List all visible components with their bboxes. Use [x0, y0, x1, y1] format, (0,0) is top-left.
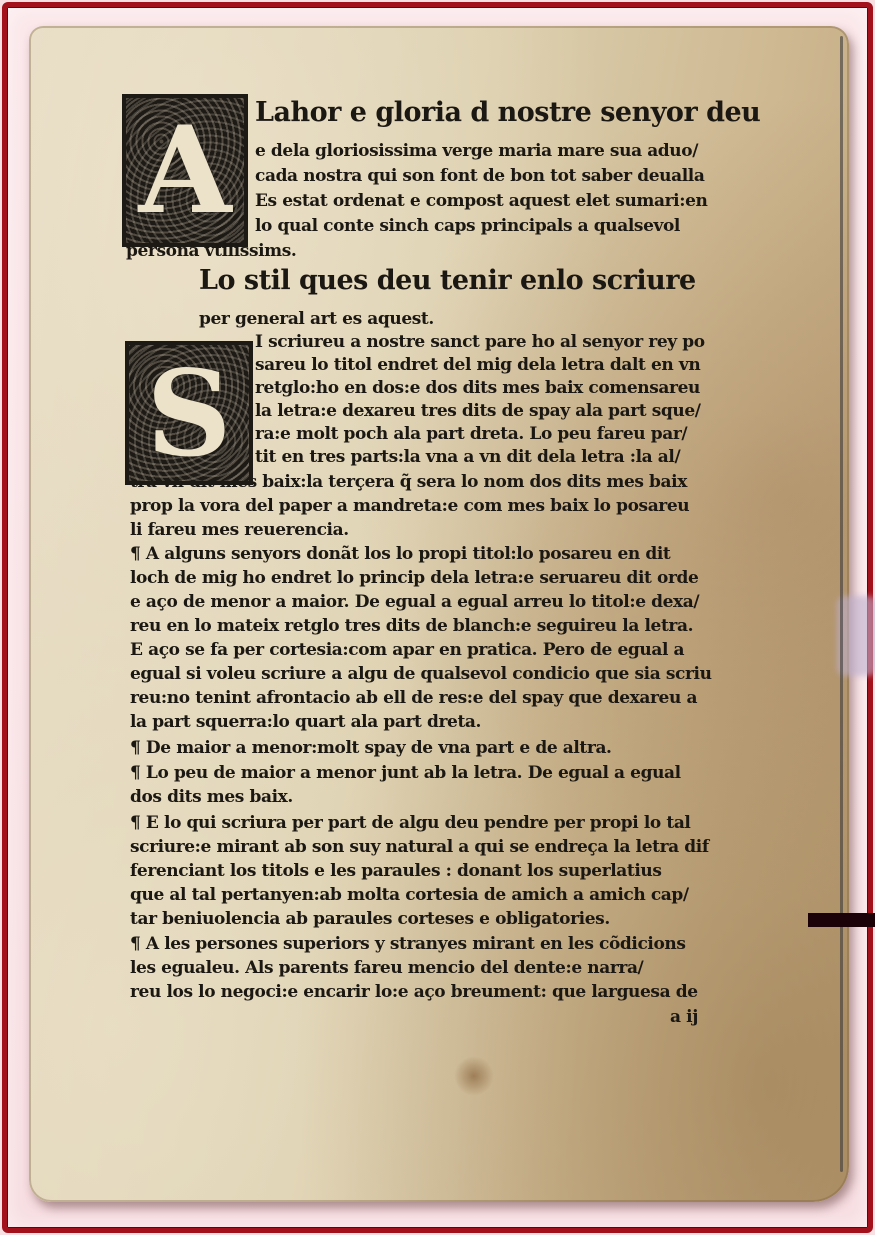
redaction-bar — [808, 913, 875, 927]
body-line: dos dits mes baix. — [130, 787, 293, 807]
body-line: e aço de menor a maior. De egual a egual… — [130, 592, 699, 612]
stain-mark — [454, 1056, 494, 1096]
body-line: prop la vora del paper a mandreta:e com … — [130, 496, 689, 516]
intro-line: e dela gloriosissima verge maria mare su… — [255, 141, 698, 161]
body-line: reu:no tenint afrontacio ab ell de res:e… — [130, 688, 697, 708]
heading-line: Lahor e gloria d nostre senyor deu — [255, 98, 760, 128]
section-subtitle: per general art es aquest. — [199, 309, 434, 329]
body-line: la part squerra:lo quart ala part dreta. — [130, 712, 481, 732]
body-line: tit en tres parts:la vna a vn dit dela l… — [255, 447, 680, 467]
body-line: ¶ De maior a menor:molt spay de vna part… — [130, 738, 612, 758]
body-line: loch de mig ho endret lo princip dela le… — [130, 568, 698, 588]
decorated-initial-a: A — [123, 95, 247, 246]
decorated-initial-s: S — [126, 342, 252, 484]
body-line: que al tal pertanyen:ab molta cortesia d… — [130, 885, 689, 905]
body-line: scriure:e mirant ab son suy natural a qu… — [130, 837, 709, 857]
body-line: tar beniuolencia ab paraules corteses e … — [130, 909, 610, 929]
body-line: ¶ E lo qui scriura per part de algu deu … — [130, 813, 691, 833]
body-line: I scriureu a nostre sanct pare ho al sen… — [255, 332, 705, 352]
body-line: reu en lo mateix retglo tres dits de bla… — [130, 616, 693, 636]
section-title: Lo stil ques deu tenir enlo scriure — [199, 266, 696, 296]
intro-line: Es estat ordenat e compost aquest elet s… — [255, 191, 707, 211]
body-line: la letra:e dexareu tres dits de spay ala… — [255, 401, 701, 421]
intro-line: lo qual conte sinch caps principals a qu… — [255, 216, 680, 236]
body-line: li fareu mes reuerencia. — [130, 520, 349, 540]
intro-line: cada nostra qui son font de bon tot sabe… — [255, 166, 704, 186]
signature-mark: a ij — [670, 1007, 698, 1027]
body-line: E aço se fa per cortesia:com apar en pra… — [130, 640, 684, 660]
body-line: sareu lo titol endret del mig dela letra… — [255, 355, 700, 375]
body-line: ra:e molt poch ala part dreta. Lo peu fa… — [255, 424, 687, 444]
body-line: egual si voleu scriure a algu de qualsev… — [130, 664, 712, 684]
body-line: ¶ Lo peu de maior a menor junt ab la let… — [130, 763, 681, 783]
body-line: les egualeu. Als parents fareu mencio de… — [130, 958, 643, 978]
body-line: retglo:ho en dos:e dos dits mes baix com… — [255, 378, 700, 398]
paper-repair-patch — [837, 596, 875, 676]
body-line: ¶ A alguns senyors donãt los lo propi ti… — [130, 544, 670, 564]
body-line: ferenciant los titols e les paraules : d… — [130, 861, 662, 881]
body-line: ¶ A les persones superiors y stranyes mi… — [130, 934, 686, 954]
manuscript-page: A Lahor e gloria d nostre senyor deu e d… — [29, 26, 849, 1202]
body-line: reu los lo negoci:e encarir lo:e aço bre… — [130, 982, 698, 1002]
intro-line: persona vtilissims. — [126, 241, 296, 261]
